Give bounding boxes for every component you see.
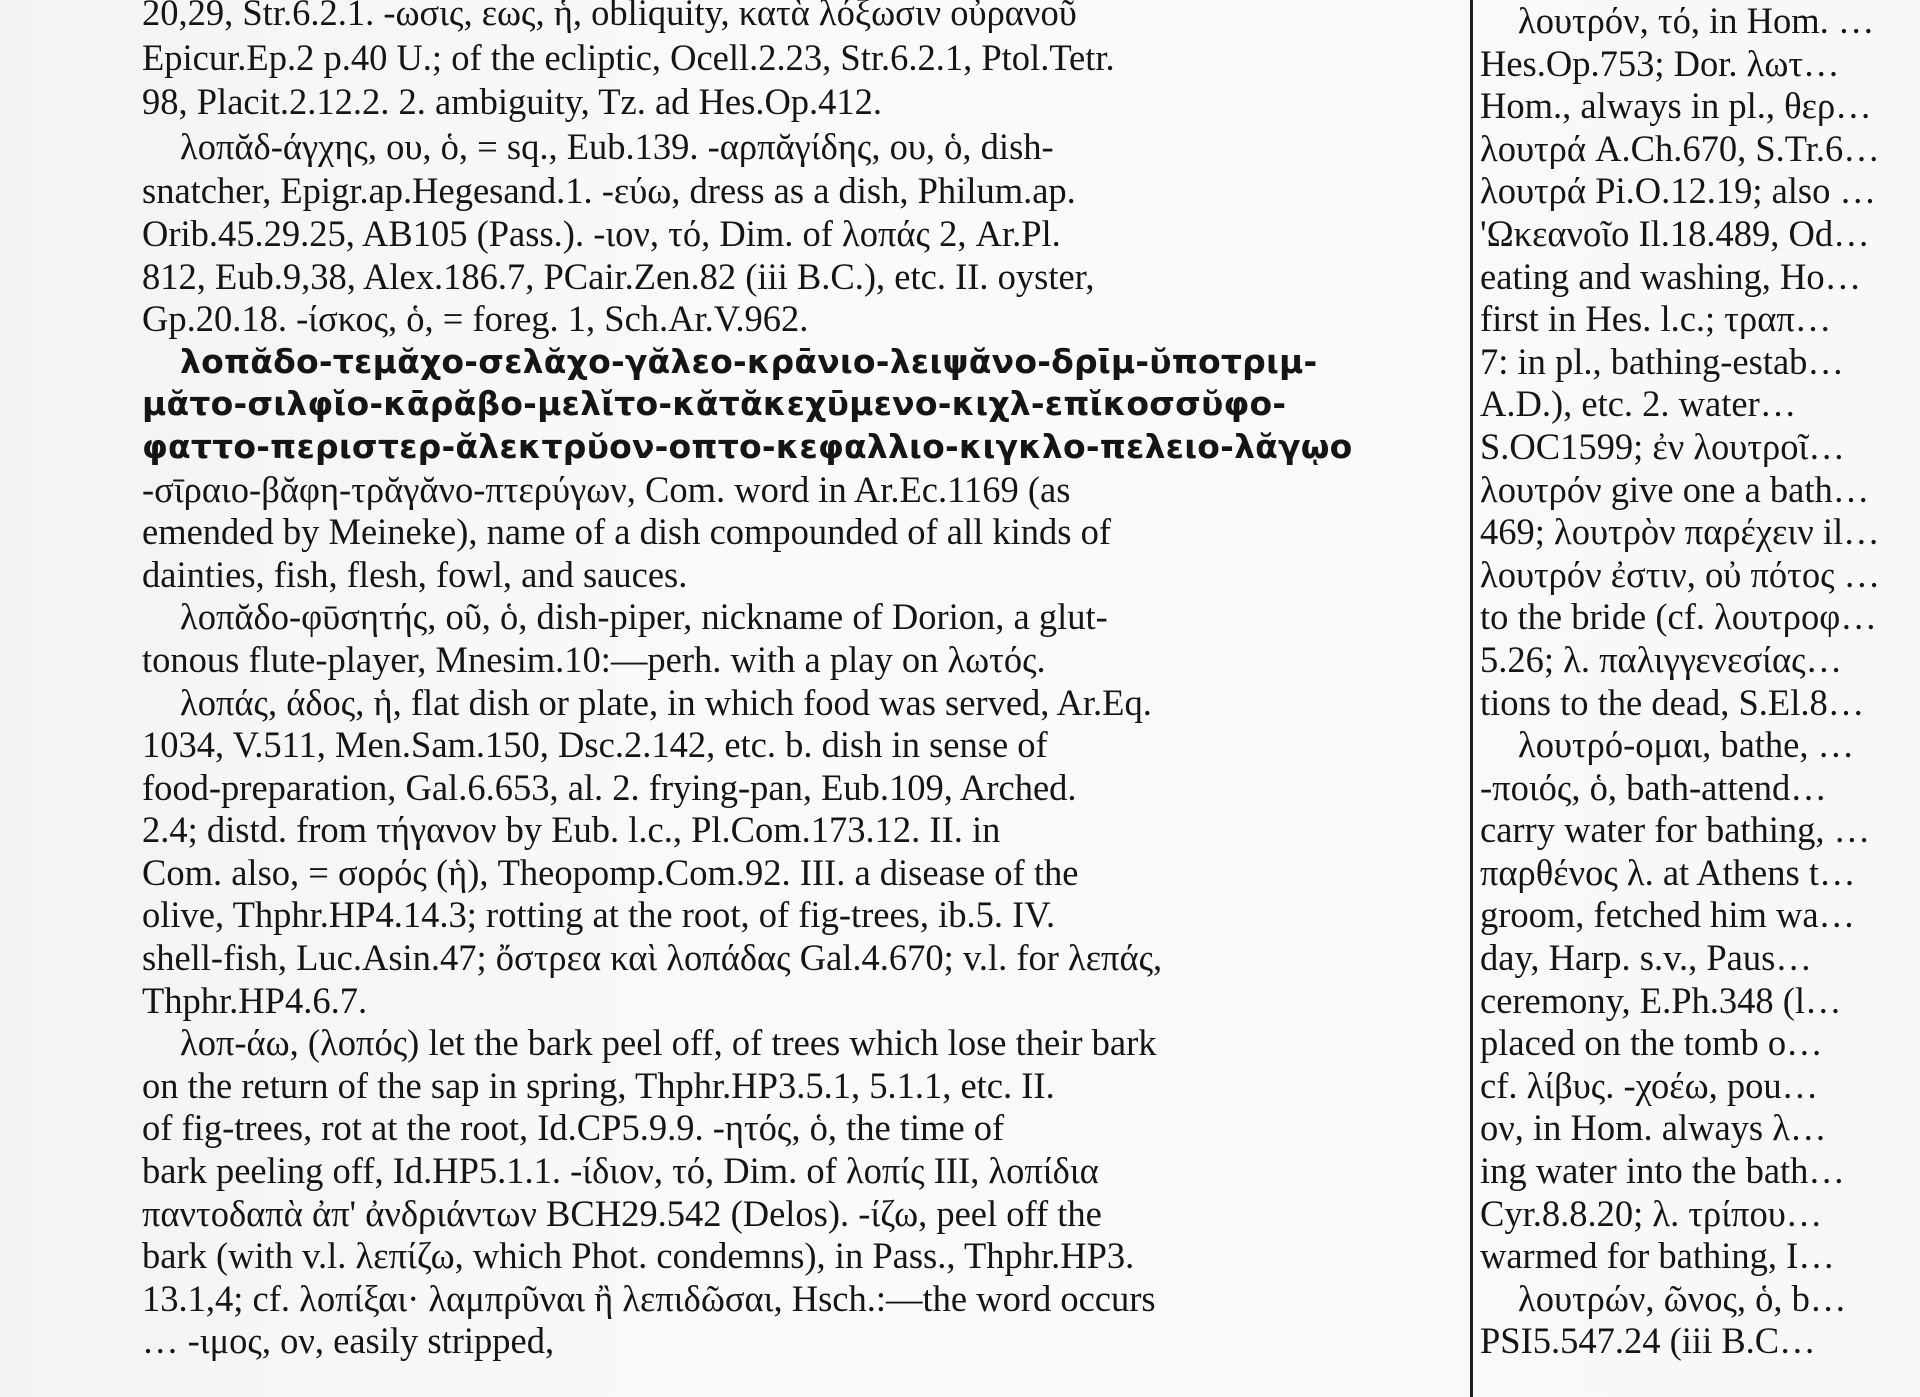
text-line: eating and washing, Ho… — [1480, 256, 1920, 299]
text-line: λουτρόν ἐστιν, οὐ πότος … — [1480, 554, 1920, 597]
text-line: PSI5.547.24 (iii B.C… — [1480, 1320, 1920, 1363]
text-line: groom, fetched him wa… — [1480, 894, 1920, 937]
text-line: shell-fish, Luc.Asin.47; ὄστρεα καὶ λοπά… — [142, 937, 1460, 980]
text-line: 'Ωκεανοῖο Il.18.489, Od… — [1480, 213, 1920, 256]
headword-lopad-anches: λοπᾰδ-άγχης, ου, ὁ, = sq., Eub.139. -αρπ… — [142, 126, 1460, 169]
text-line: A.D.), etc. 2. water… — [1480, 383, 1920, 426]
text-line: 469; λουτρὸν παρέχειν il… — [1480, 511, 1920, 554]
text-line: 13.1,4; cf. λοπίξαι· λαμπρῦναι ἢ λεπιδῶσ… — [142, 1278, 1460, 1321]
text-line: S.OC1599; ἐν λουτροῖ… — [1480, 426, 1920, 469]
text-line: food-preparation, Gal.6.653, al. 2. fryi… — [142, 767, 1460, 810]
text-line: ον, in Hom. always λ… — [1480, 1107, 1920, 1150]
text-line: first in Hes. l.c.; τραπ… — [1480, 298, 1920, 341]
text-line: Com. also, = σορός (ἡ), Theopomp.Com.92.… — [142, 852, 1460, 895]
text-line: λουτρά A.Ch.670, S.Tr.6… — [1480, 128, 1920, 171]
headword-compound-dish: λοπᾰδο-τεμᾰχο-σελᾰχο-γᾰλεο-κρᾱνιο-λειψᾰν… — [142, 341, 1460, 384]
text-line: -σῑραιο-βᾰφη-τρᾰγᾰνο-πτερύγων, Com. word… — [142, 469, 1460, 512]
headword-lopas: λοπάς, άδος, ἡ, flat dish or plate, in w… — [142, 682, 1460, 725]
text-line: cf. λίβυς. -χοέω, pou… — [1480, 1065, 1920, 1108]
text-line: Orib.45.29.25, AB105 (Pass.). -ιον, τό, … — [142, 213, 1460, 256]
text-line: on the return of the sap in spring, Thph… — [142, 1065, 1460, 1108]
text-line: 2.4; distd. from τήγανον by Eub. l.c., P… — [142, 809, 1460, 852]
text-line: bark (with v.l. λεπίζω, which Phot. cond… — [142, 1235, 1460, 1278]
headword-lopao: λοπ-άω, (λοπός) let the bark peel off, o… — [142, 1022, 1460, 1065]
text-line: placed on the tomb o… — [1480, 1022, 1920, 1065]
text-line: Thphr.HP4.6.7. — [142, 980, 1460, 1023]
text-line: snatcher, Epigr.ap.Hegesand.1. -εύω, dre… — [142, 170, 1460, 213]
column-divider — [1470, 0, 1473, 1397]
text-line: λουτρά Pi.O.12.19; also … — [1480, 170, 1920, 213]
text-line: παντοδαπὰ ἀπ' ἀνδριάντων BCH29.542 (Delo… — [142, 1193, 1460, 1236]
text-line: Gp.20.18. -ίσκος, ὁ, = foreg. 1, Sch.Ar.… — [142, 298, 1460, 341]
text-line: Hom., always in pl., θερ… — [1480, 85, 1920, 128]
headword-lopado-physetes: λοπᾰδο-φῡσητής, οῦ, ὁ, dish-piper, nickn… — [142, 596, 1460, 639]
text-line: 5.26; λ. παλιγγενεσίας… — [1480, 639, 1920, 682]
headword-loutro-omai: λουτρό-ομαι, bathe, … — [1480, 724, 1920, 767]
text-line: to the bride (cf. λουτροφ… — [1480, 596, 1920, 639]
headword-loutron-bath: λουτρών, ῶνος, ὁ, b… — [1480, 1278, 1920, 1321]
text-line: μᾰτο-σιλφῐο-κᾱρᾰβο-μελῐτο-κᾰτᾰκεχῡμενο-κ… — [142, 383, 1460, 426]
text-line: … -ιμος, ον, easily stripped, — [142, 1320, 1460, 1363]
text-line: 20,29, Str.6.2.1. -ωσις, εως, ἡ, obliqui… — [142, 0, 1460, 35]
text-line: παρθένος λ. at Athens t… — [1480, 852, 1920, 895]
text-line: bark peeling off, Id.HP5.1.1. -ίδιον, τό… — [142, 1150, 1460, 1193]
text-line: 1034, V.511, Men.Sam.150, Dsc.2.142, etc… — [142, 724, 1460, 767]
text-line: tonous flute-player, Mnesim.10:—perh. wi… — [142, 639, 1460, 682]
text-line: -ποιός, ὁ, bath-attend… — [1480, 767, 1920, 810]
left-column: 20,29, Str.6.2.1. -ωσις, εως, ἡ, obliqui… — [142, 0, 1460, 1363]
text-line: Cyr.8.8.20; λ. τρίπου… — [1480, 1193, 1920, 1236]
text-line: 812, Eub.9,38, Alex.186.7, PCair.Zen.82 … — [142, 256, 1460, 299]
text-line: ceremony, E.Ph.348 (l… — [1480, 980, 1920, 1023]
text-line: dainties, fish, flesh, fowl, and sauces. — [142, 554, 1460, 597]
text-line: λουτρόν give one a bath… — [1480, 469, 1920, 512]
text-line: day, Harp. s.v., Paus… — [1480, 937, 1920, 980]
text-line: 7: in pl., bathing-estab… — [1480, 341, 1920, 384]
text-line: Hes.Op.753; Dor. λωτ… — [1480, 43, 1920, 86]
right-column: λουτρόν, τό, in Hom. … Hes.Op.753; Dor. … — [1480, 0, 1920, 1363]
text-line: emended by Meineke), name of a dish comp… — [142, 511, 1460, 554]
dictionary-page: 20,29, Str.6.2.1. -ωσις, εως, ἡ, obliqui… — [0, 0, 1920, 1397]
text-line: warmed for bathing, I… — [1480, 1235, 1920, 1278]
headword-loutron: λουτρόν, τό, in Hom. … — [1480, 0, 1920, 43]
text-line: carry water for bathing, … — [1480, 809, 1920, 852]
text-line: tions to the dead, S.El.8… — [1480, 682, 1920, 725]
text-line: 98, Placit.2.12.2. 2. ambiguity, Tz. ad … — [142, 81, 1460, 124]
text-line: Epicur.Ep.2 p.40 U.; of the ecliptic, Oc… — [142, 37, 1460, 80]
text-line: of fig-trees, rot at the root, Id.CP5.9.… — [142, 1107, 1460, 1150]
text-line: olive, Thphr.HP4.14.3; rotting at the ro… — [142, 894, 1460, 937]
text-line: ing water into the bath… — [1480, 1150, 1920, 1193]
text-line: φαττο-περιστερ-ᾰλεκτρῠον-οπτο-κεφαλλιο-κ… — [142, 426, 1460, 469]
